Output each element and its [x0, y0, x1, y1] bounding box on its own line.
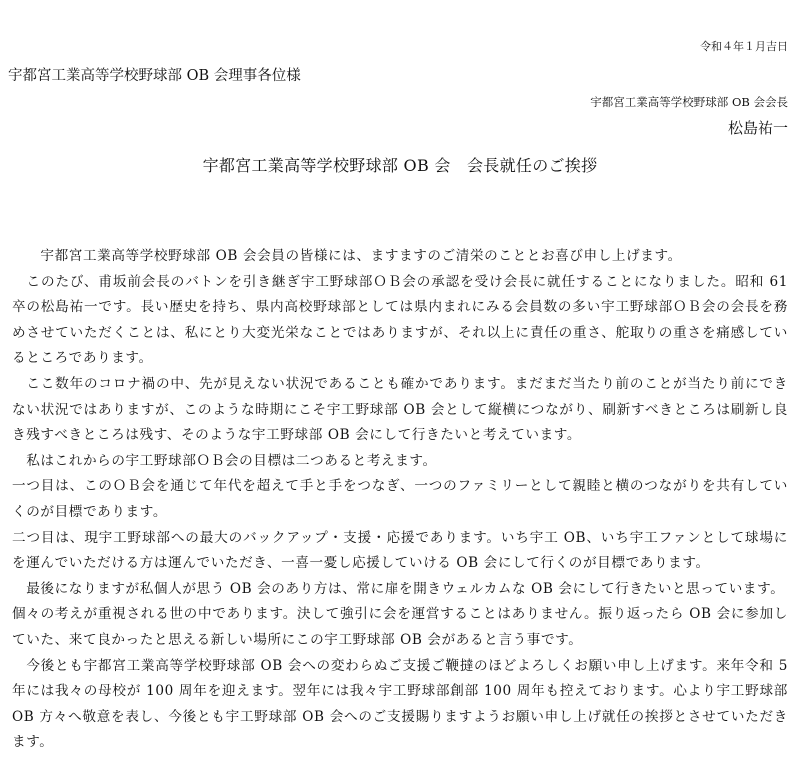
body-line: 一つ目は、このＯＢ会を通じて年代を超えて手と手をつなぎ、一つのファミリーとして親…: [12, 474, 788, 500]
body-line: OB 方々へ敬意を表し、今後とも宇工野球部 OB 会へのご支援賜りますようお願い…: [12, 705, 788, 731]
body-line: めさせていただくことは、私にとり大変光栄なことではありますが、それ以上に責任の重…: [12, 321, 788, 347]
body-line: ない状況ではありますが、このような時期にこそ宇工野球部 OB 会として縦横につな…: [12, 398, 788, 424]
body-line: るところであります。: [12, 346, 788, 372]
document-title: 宇都宮工業高等学校野球部 OB 会 会長就任のご挨拶: [0, 153, 800, 176]
addressee: 宇都宮工業高等学校野球部 OB 会理事各位様: [8, 64, 301, 85]
letter-date: 令和４年１月吉日: [700, 38, 788, 54]
body-line: 私はこれからの宇工野球部ＯＢ会の目標は二つあると考えます。: [12, 449, 788, 475]
body-line: 年には我々の母校が 100 周年を迎えます。翌年には我々宇工野球部創部 100 …: [12, 679, 788, 705]
body-line: 宇都宮工業高等学校野球部 OB 会会員の皆様には、ますますのご清栄のこととお喜び…: [12, 244, 788, 270]
body-line: き残すべきところは残す、そのような宇工野球部 OB 会にして行きたいと考えていま…: [12, 423, 788, 449]
body-line: ます。: [12, 730, 788, 756]
body-line: 最後になりますが私個人が思う OB 会のあり方は、常に扉を開きウェルカムな OB…: [12, 577, 788, 603]
body-line: 個々の考えが重視される世の中であります。決して強引に会を運営することはありません…: [12, 602, 788, 628]
body-line: ていた、来て良かったと思える新しい場所にこの宇工野球部 OB 会があると言う事で…: [12, 628, 788, 654]
sender-organization: 宇都宮工業高等学校野球部 OB 会会長: [590, 94, 788, 110]
body-line: を運んでいただける方は運んでいただき、一喜一憂し応援していける OB 会にして行…: [12, 551, 788, 577]
letter-body: 宇都宮工業高等学校野球部 OB 会会員の皆様には、ますますのご清栄のこととお喜び…: [12, 244, 788, 756]
body-line: くのが目標であります。: [12, 500, 788, 526]
body-line: ここ数年のコロナ禍の中、先が見えない状況であることも確かであります。まだまだ当た…: [12, 372, 788, 398]
body-line: 卒の松島祐一です。長い歴史を持ち、県内高校野球部としては県内まれにみる会員数の多…: [12, 295, 788, 321]
body-line: このたび、甫坂前会長のバトンを引き継ぎ宇工野球部ＯＢ会の承認を受け会長に就任する…: [12, 270, 788, 296]
body-line: 二つ目は、現宇工野球部への最大のバックアップ・支援・応援であります。いち宇工 O…: [12, 526, 788, 552]
sender-name: 松島祐一: [728, 117, 788, 138]
body-line: 今後とも宇都宮工業高等学校野球部 OB 会への変わらぬご支援ご鞭撻のほどよろしく…: [12, 654, 788, 680]
